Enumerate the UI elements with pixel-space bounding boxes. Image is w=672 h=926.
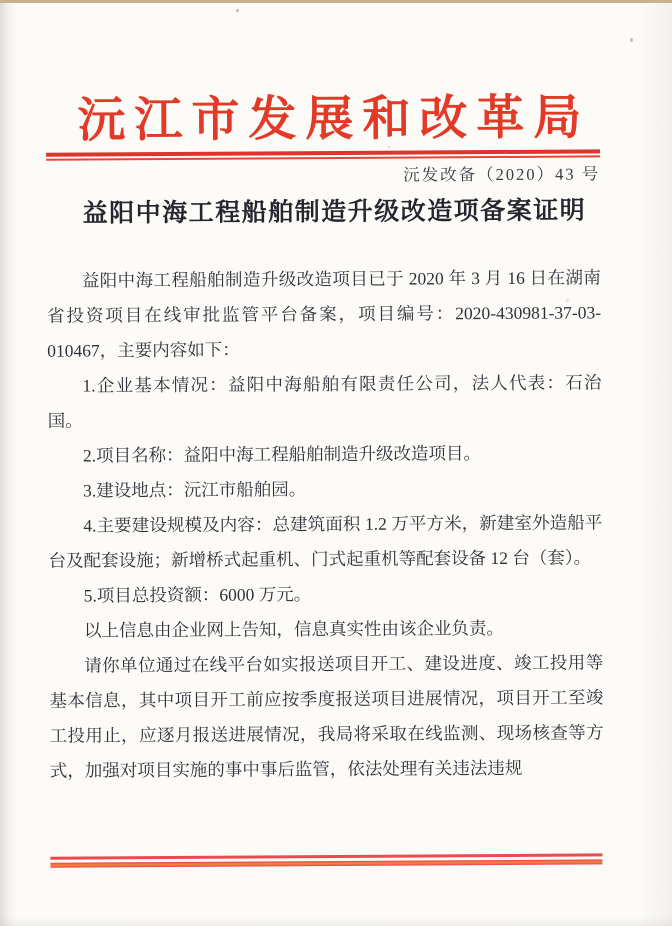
paragraph-item-5: 5.项目总投资额：6000 万元。 (49, 575, 603, 613)
paragraph-notice: 以上信息由企业网上告知，信息真实性由该企业负责。 (49, 610, 603, 648)
scan-content: 沅江市发展和改革局 沅发改备（2020）43 号 益阳中海工程船舶制造升级改造项… (0, 0, 672, 926)
scan-speck (630, 38, 633, 42)
paragraph-item-2: 2.项目名称：益阳中海工程船舶制造升级改造项目。 (48, 435, 602, 473)
document-number: 沅发改备（2020）43 号 (46, 160, 600, 187)
document-body: 益阳中海工程船舶制造升级改造项目已于 2020 年 3 月 16 日在湖南省投资… (47, 260, 604, 788)
scan-speck (236, 9, 239, 12)
scan-speck (388, 146, 390, 148)
paragraph-item-4: 4.主要建设规模及内容：总建筑面积 1.2 万平方米，新建室外造船平台及配套设施… (48, 505, 602, 578)
footer-divider (50, 853, 602, 867)
agency-name: 沅江市发展和改革局 (0, 78, 670, 151)
paragraph-item-3: 3.建设地点：沅江市船舶园。 (48, 470, 602, 508)
paragraph-intro: 益阳中海工程船舶制造升级改造项目已于 2020 年 3 月 16 日在湖南省投资… (47, 260, 602, 368)
document-title: 益阳中海工程船舶制造升级改造项备案证明 (0, 190, 671, 230)
scanned-document-page: 沅江市发展和改革局 沅发改备（2020）43 号 益阳中海工程船舶制造升级改造项… (0, 0, 672, 926)
scan-speck (566, 299, 569, 302)
paragraph-item-1: 1.企业基本情况：益阳中海船舶有限责任公司，法人代表：石治国。 (47, 365, 601, 438)
paragraph-requirements: 请你单位通过在线平台如实报送项目开工、建设进度、竣工投用等基本信息，其中项目开工… (49, 645, 604, 788)
header-divider (46, 149, 600, 160)
